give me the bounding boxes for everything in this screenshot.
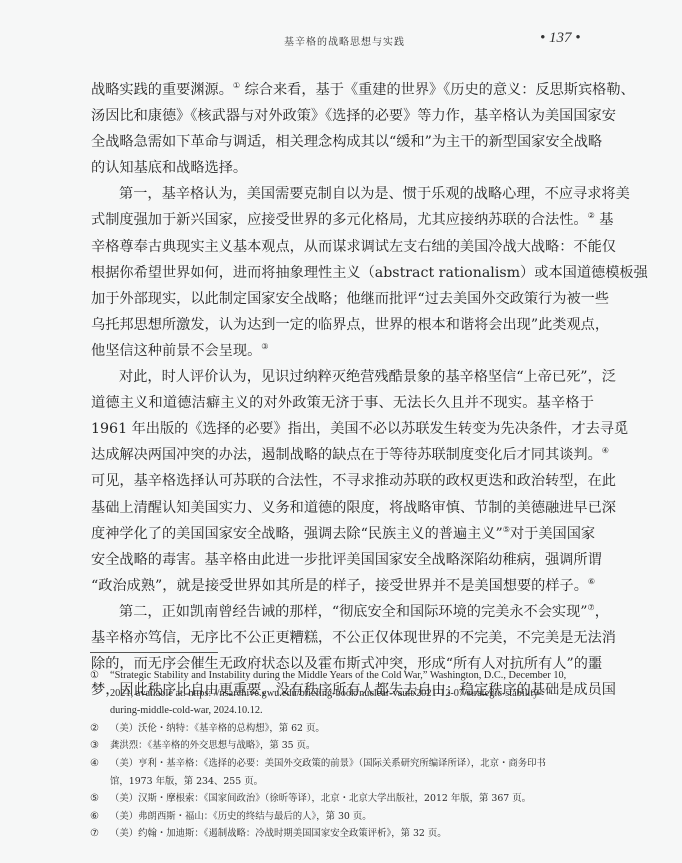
footnote-line: （美）汉斯・摩根索：《国家间政治》（徐昕等译），北京・北京大学出版社，2012 … [110,790,595,808]
text-line: 度神学化了的美国国家安全战略，强调去除“民族主义的普遍主义”⑤对于美国国家 [91,521,594,547]
footnote-4: ④ （美）亨利・基辛格：《选择的必要：美国外交政策的前景》（国际关系研究所编译所… [90,755,595,790]
paragraph-2: 第一，基辛格认为，美国需要克制自以为是、惯于乐观的战略心理，不应寻求将美 式制度… [91,181,594,364]
text-line: 加于外部现实，以此制定国家安全战略；他继而批评“过去美国外交政策行为被一些 [91,286,594,312]
footnote-link[interactable]: 2021, available at: https: //nsarchive.g… [110,685,595,703]
paragraph-1: 战略实践的重要渊源。① 综合来看，基于《重建的世界》《历史的意义：反思斯宾格勒、… [91,77,594,181]
text-line: 道德主义和道德洁癖主义的对外政策无济于事、无法长久且并不现实。基辛格于 [91,390,594,416]
text-line: 辛格尊奉古典现实主义基本观点，从而谋求调试左支右绌的美国冷战大战略：不能仅 [91,234,594,260]
footnote-line: （美）亨利・基辛格：《选择的必要：美国外交政策的前景》（国际关系研究所编译所译）… [110,755,595,773]
header-title: 基辛格的战略思想与实践 [284,33,405,48]
text-line: 的认知基底和战略选择。 [91,155,594,181]
footnote-mark: ③ [90,737,99,755]
footnote-line: （美）沃伦・纳特：《基辛格的总构想》，第 62 页。 [110,720,595,738]
text-line: 1961 年出版的《选择的必要》指出，美国不必以苏联发生转变为先决条件，才去寻觅 [91,416,594,442]
footnote-line: 龚洪烈：《基辛格的外交思想与战略》，第 35 页。 [110,737,595,755]
page-number: • 137 • [540,30,581,47]
footnote-mark: ⑦ [90,825,99,843]
footnote-ref-5[interactable]: ⑤ [503,525,510,534]
footnote-mark: ② [90,720,99,738]
text-line: 基础上清醒认知美国实力、义务和道德的限度，将战略审慎、节制的美德融进早已深 [91,495,594,521]
footnote-ref-2[interactable]: ② [588,211,595,220]
text-line: 式制度强加于新兴国家，应接受世界的多元化格局，尤其应接纳苏联的合法性。② 基 [91,207,594,233]
footnote-2: ② （美）沃伦・纳特：《基辛格的总构想》，第 62 页。 [90,720,595,738]
text-line: 对此，时人评价认为，见识过纳粹灭绝营残酷景象的基辛格坚信“上帝已死”，泛 [91,364,594,390]
text-line: “政治成熟”，就是接受世界如其所是的样子，接受世界并不是美国想要的样子。⑥ [91,573,594,599]
footnote-mark: ⑥ [90,808,99,826]
footnote-ref-4[interactable]: ④ [602,446,609,455]
footnote-1: ① “Strategic Stability and Instability d… [90,667,595,720]
text-line: 达成解决两国冲突的办法，遏制战略的缺点在于等待苏联制度变化后才同其谈判。④ [91,442,594,468]
footnote-ref-1[interactable]: ① [233,81,240,90]
footnote-5: ⑤ （美）汉斯・摩根索：《国家间政治》（徐昕等译），北京・北京大学出版社，201… [90,790,595,808]
text-line: 汤因比和康德》《核武器与对外政策》《选择的必要》等力作，基辛格认为美国国家安 [91,103,594,129]
text-line: 根据你希望世界如何，进而将抽象理性主义（abstract rationalism… [91,260,594,286]
footnote-ref-7[interactable]: ⑦ [588,603,595,612]
paragraph-3: 对此，时人评价认为，见识过纳粹灭绝营残酷景象的基辛格坚信“上帝已死”，泛 道德主… [91,364,594,599]
document-page: 基辛格的战略思想与实践 • 137 • 战略实践的重要渊源。① 综合来看，基于《… [0,0,682,863]
footnote-mark: ④ [90,755,99,773]
text-line: 基辛格亦笃信，无序比不公正更糟糕，不公正仅体现世界的不完美，不完美是无法消 [91,625,594,651]
footnote-line: （美）弗朗西斯・福山：《历史的终结与最后的人》，第 30 页。 [110,808,595,826]
footnote-line: “Strategic Stability and Instability dur… [110,667,595,685]
footnote-mark: ⑤ [90,790,99,808]
footnote-mark: ① [90,667,99,685]
footnote-ref-3[interactable]: ③ [261,342,268,351]
footnote-divider [90,652,218,653]
body-text: 战略实践的重要渊源。① 综合来看，基于《重建的世界》《历史的意义：反思斯宾格勒、… [91,77,594,703]
text-line: 战略实践的重要渊源。① 综合来看，基于《重建的世界》《历史的意义：反思斯宾格勒、 [91,77,594,103]
text-line: 乌托邦思想所激发，认为达到一定的临界点，世界的根本和谐将会出现”此类观点， [91,312,594,338]
footnote-line: （美）约翰・加迪斯：《遏制战略：冷战时期美国国家安全政策评析》，第 32 页。 [110,825,595,843]
text-line: 安全战略的毒害。基辛格由此进一步批评美国国家安全战略深陷幼稚病，强调所谓 [91,547,594,573]
footnote-line: 馆，1973 年版，第 234、255 页。 [110,773,595,791]
text-line: 全战略急需如下革命与调适，相关理念构成其以“缓和”为主干的新型国家安全战略 [91,129,594,155]
footnote-6: ⑥ （美）弗朗西斯・福山：《历史的终结与最后的人》，第 30 页。 [90,808,595,826]
text-line: 第一，基辛格认为，美国需要克制自以为是、惯于乐观的战略心理，不应寻求将美 [91,181,594,207]
text-line: 他坚信这种前景不会呈现。③ [91,338,594,364]
footnotes: ① “Strategic Stability and Instability d… [90,667,595,843]
footnote-3: ③ 龚洪烈：《基辛格的外交思想与战略》，第 35 页。 [90,737,595,755]
footnote-7: ⑦ （美）约翰・加迪斯：《遏制战略：冷战时期美国国家安全政策评析》，第 32 页… [90,825,595,843]
text-line: 可见，基辛格选择认可苏联的合法性，不寻求推动苏联的政权更迭和政治转型，在此 [91,468,594,494]
footnote-ref-6[interactable]: ⑥ [588,577,595,586]
text-line: 第二，正如凯南曾经告诫的那样，“彻底安全和国际环境的完美永不会实现”⑦， [91,599,594,625]
running-header: 基辛格的战略思想与实践 • 137 • [0,30,682,50]
footnote-line: during-middle-cold-war, 2024.10.12. [110,702,595,720]
